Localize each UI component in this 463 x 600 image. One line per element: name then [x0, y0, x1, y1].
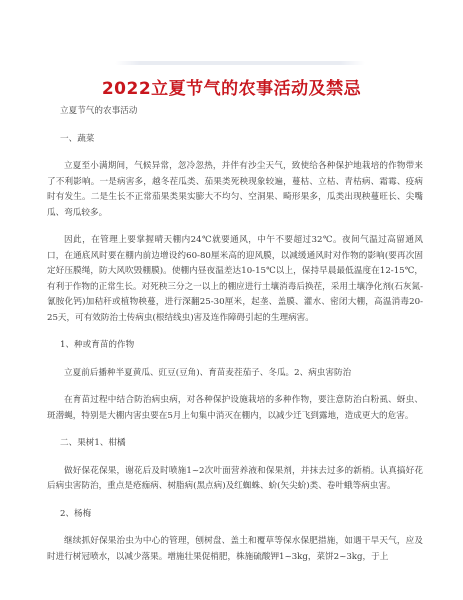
section-heading-sowing-crops: 1、种或育苗的作物	[60, 338, 410, 354]
document-body: 立夏节气的农事活动 一、蔬菜 立夏至小满期间，气候异常，忽冷忽热，并伴有沙尘天气…	[60, 104, 410, 577]
paragraph-pest-control: 在育苗过程中结合防治病虫病，对各种保护设施栽培的多种作物，要注意防治白粉虱、蚜虫…	[47, 393, 423, 424]
paragraph-citrus: 做好保花保果，谢花后及时喷施1~2次叶面营养液和保果剂，并抹去过多的新梢。认真搞…	[47, 464, 423, 495]
faint-header-line	[115, 61, 365, 65]
document-page: 2022立夏节气的农事活动及禁忌 立夏节气的农事活动 一、蔬菜 立夏至小满期间，…	[0, 0, 463, 600]
document-title: 2022立夏节气的农事活动及禁忌	[0, 74, 463, 99]
paragraph-bayberry: 继续抓好保果治虫为中心的管理，刨树盘、盖土和覆草等保水保肥措施，如遇干旱天气，应…	[47, 534, 423, 565]
paragraph-greenhouse-management: 因此，在管理上要掌握晴天棚内24℃就要通风，中午不要超过32℃。夜间气温过高留通…	[47, 233, 423, 326]
section-heading-bayberry: 2、杨梅	[60, 507, 410, 523]
paragraph-sowing: 立夏前后播种半夏黄瓜、豇豆(豆角)、育苗麦茬茄子、冬瓜。2、病虫害防治	[47, 366, 423, 382]
paragraph-climate-issues: 立夏至小满期间，气候异常，忽冷忽热，并伴有沙尘天气，致使给各种保护地栽培的作物带…	[47, 159, 423, 221]
section-heading-vegetables: 一、蔬菜	[60, 132, 410, 148]
section-heading-farming-activities: 立夏节气的农事活动	[60, 104, 410, 120]
section-heading-fruit-citrus: 二、果树1、柑橘	[60, 436, 410, 452]
